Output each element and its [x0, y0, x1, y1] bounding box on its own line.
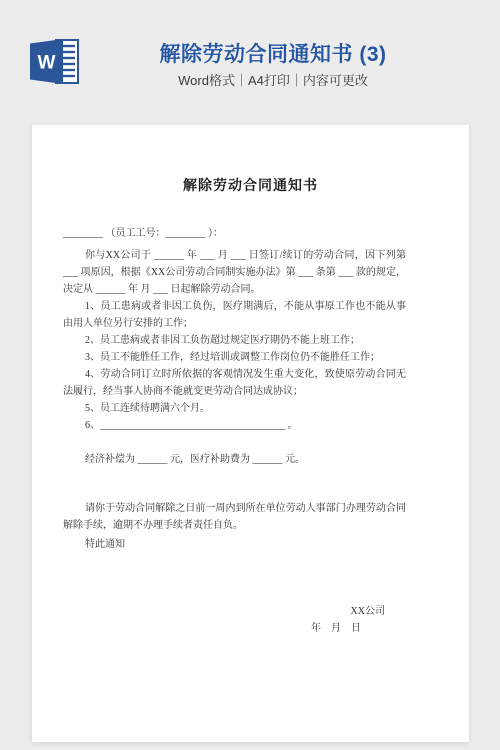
clause-list: 1、员工患病或者非因工负伤，医疗期满后，不能从事原工作也不能从事由用人单位另行安… — [63, 298, 406, 434]
signature-block: XX公司 年 月 日 — [63, 603, 406, 637]
preview-header: W 解除劳动合同通知书 (3) Word格式｜A4打印｜内容可更改 — [0, 0, 500, 110]
intro-paragraph: 你与XX公司于 ______ 年 ___ 月 ___ 日签订/续订的劳动合同，因… — [63, 247, 406, 298]
header-text: 解除劳动合同通知书 (3) Word格式｜A4打印｜内容可更改 — [160, 42, 387, 89]
svg-text:W: W — [38, 53, 56, 74]
salutation-line: ________ （员工工号：________ ）： — [63, 225, 406, 242]
clause-item: 5、员工连续待聘满六个月。 — [63, 400, 406, 417]
compensation-line: 经济补偿为 ______ 元，医疗补助费为 ______ 元。 — [63, 451, 406, 468]
clause-item: 6、_____________________________________ … — [63, 417, 406, 434]
word-icon: W — [30, 38, 80, 85]
clause-item: 2、员工患病或者非因工负伤超过规定医疗期仍不能上班工作； — [63, 332, 406, 349]
clause-item: 4、劳动合同订立时所依据的客观情况发生重大变化，致使原劳动合同无法履行，经当事人… — [63, 366, 406, 400]
closing-paragraph: 请你于劳动合同解除之日前一周内到所在单位劳动人事部门办理劳动合同解除手续，逾期不… — [63, 500, 406, 534]
page-title: 解除劳动合同通知书 (3) — [160, 42, 387, 68]
document-page: 解除劳动合同通知书 ________ （员工工号：________ ）： 你与X… — [32, 125, 469, 742]
page-subtitle: Word格式｜A4打印｜内容可更改 — [160, 72, 387, 89]
signature-date: 年 月 日 — [63, 620, 406, 637]
document-title: 解除劳动合同通知书 — [79, 177, 422, 197]
notice-line: 特此通知 — [63, 536, 406, 553]
clause-item: 3、员工不能胜任工作，经过培训或调整工作岗位仍不能胜任工作； — [63, 349, 406, 366]
signature-company: XX公司 — [63, 603, 406, 620]
clause-item: 1、员工患病或者非因工负伤，医疗期满后，不能从事原工作也不能从事由用人单位另行安… — [63, 298, 406, 332]
